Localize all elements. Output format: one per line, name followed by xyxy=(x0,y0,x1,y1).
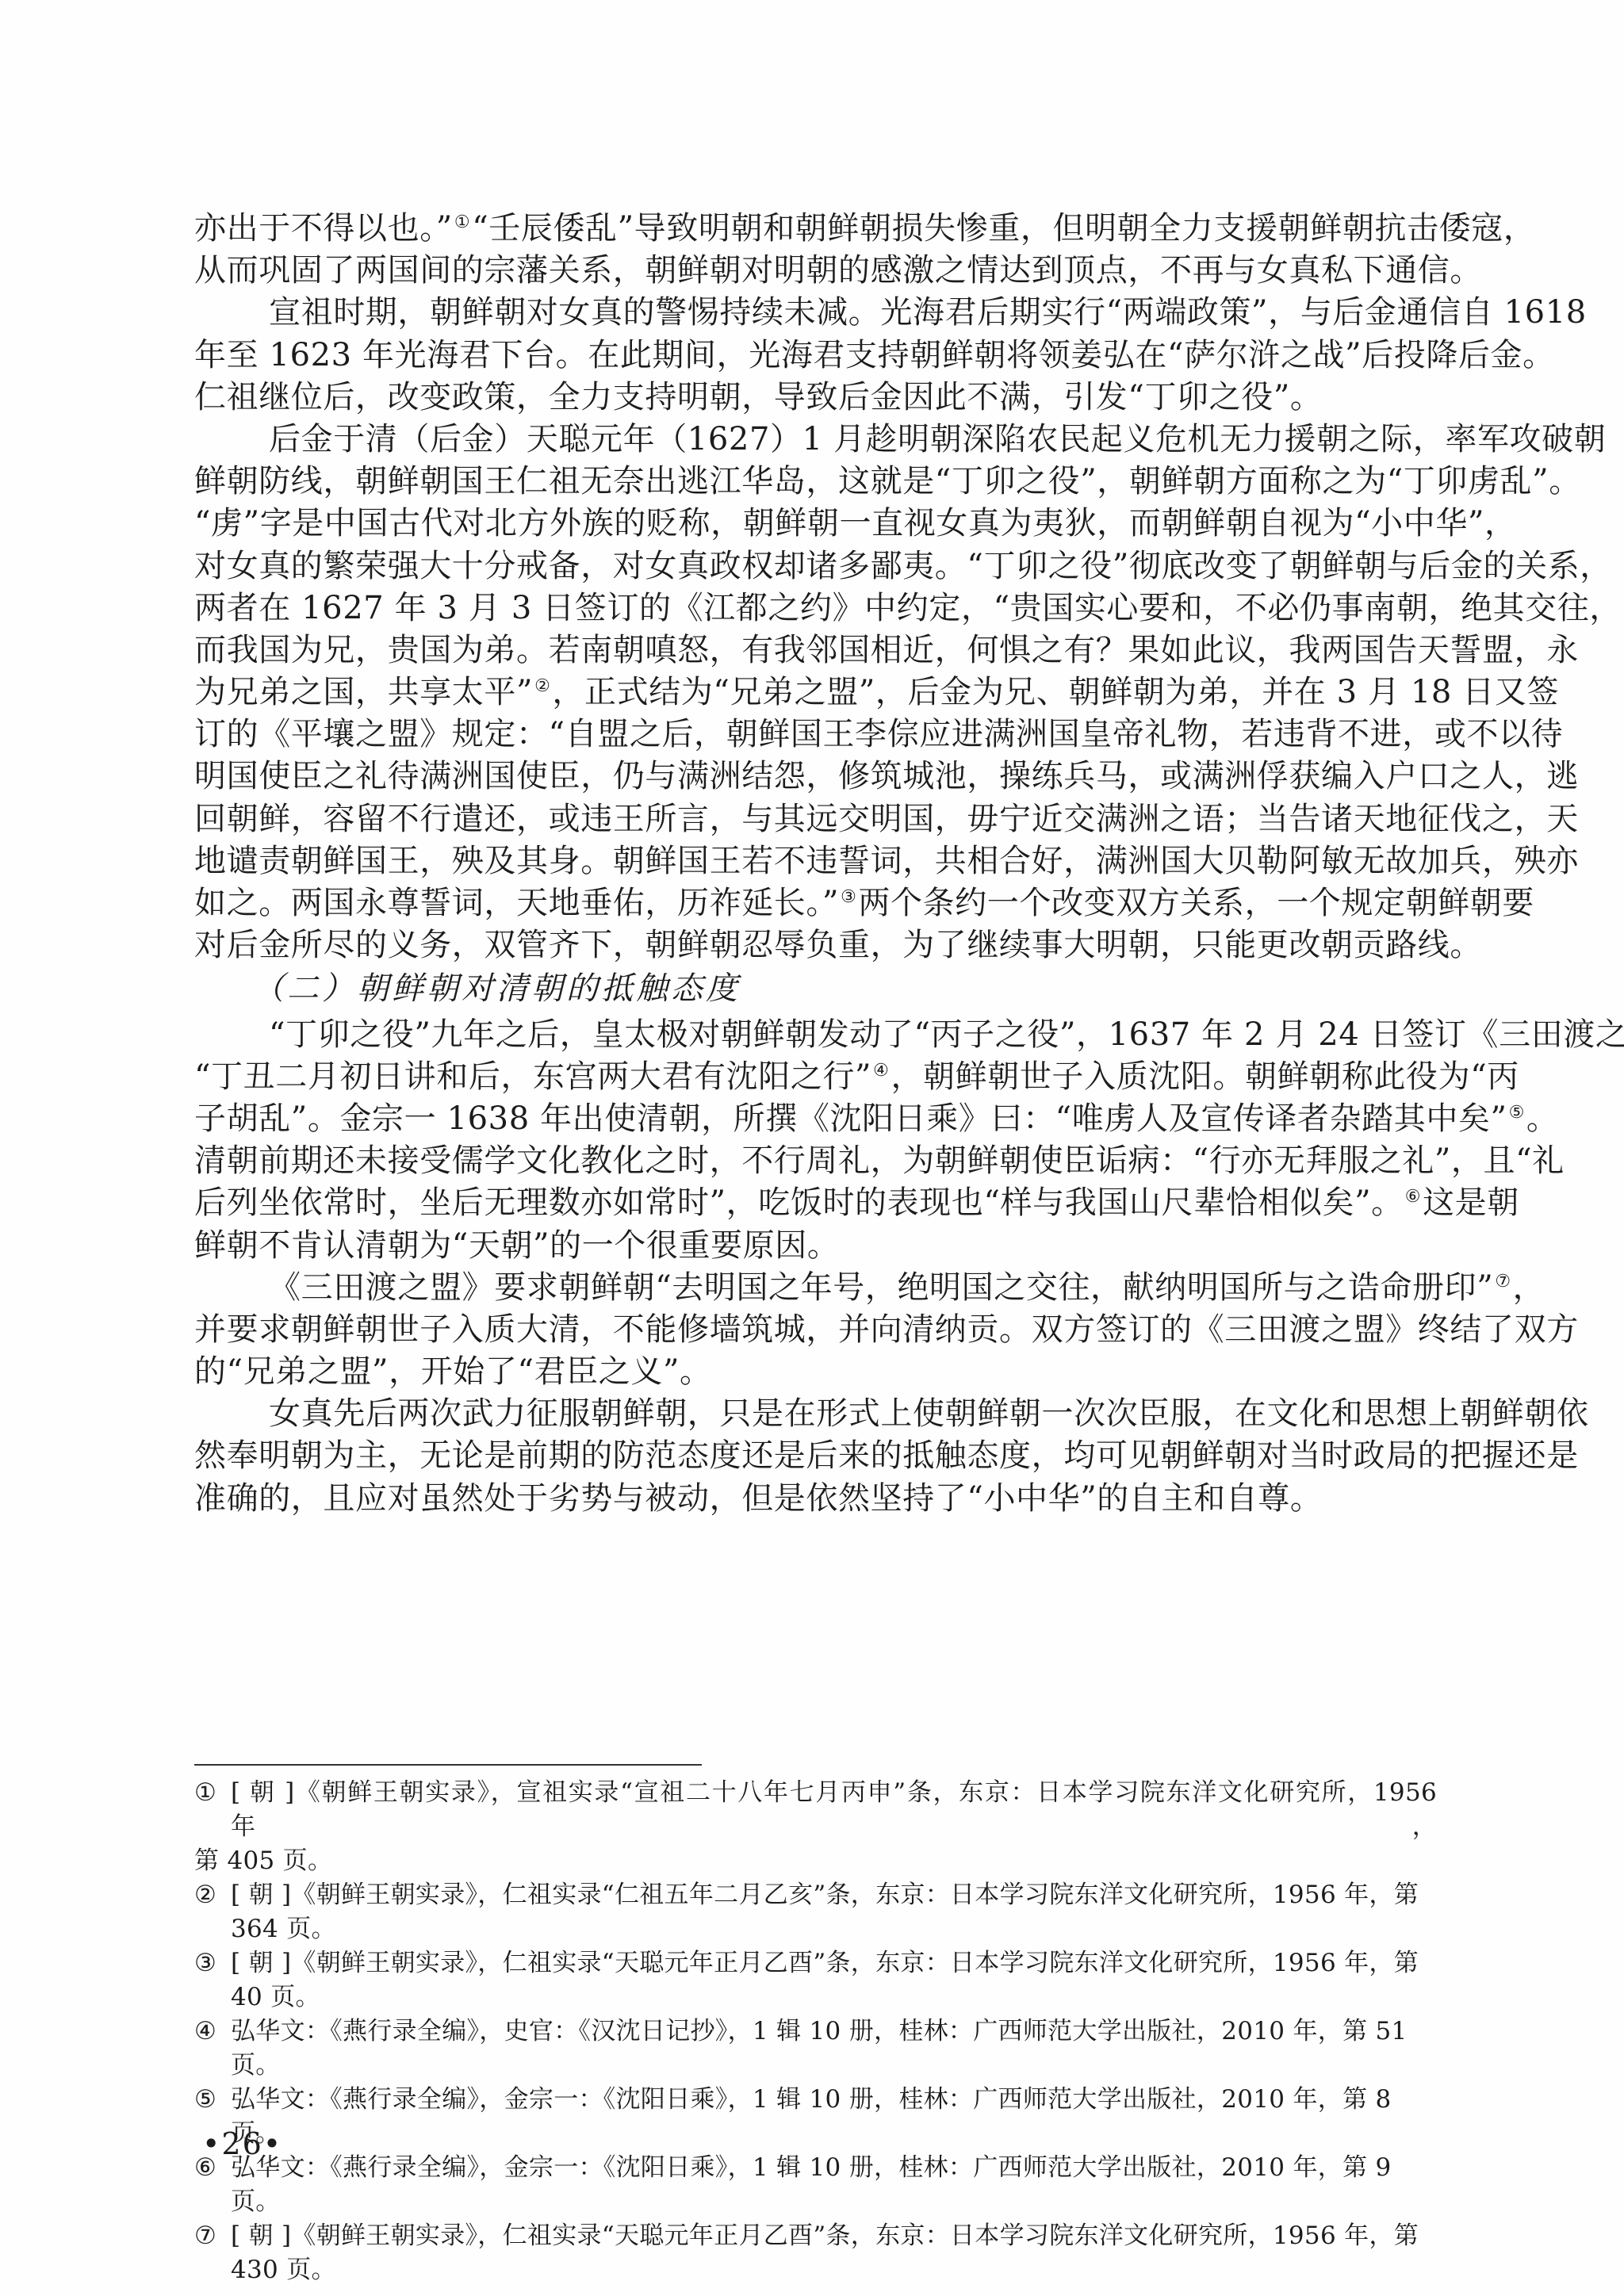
footnote-ref[interactable]: ⑤ xyxy=(1509,1103,1525,1123)
footnote-number: ② xyxy=(194,1878,231,1912)
text-line: 对后金所尽的义务，双管齐下，朝鲜朝忍辱负重，为了继续事大明朝，只能更改朝贡路线。 xyxy=(194,924,1437,966)
footnote-item: ②[ 朝 ]《朝鲜王朝实录》，仁祖实录“仁祖五年二月乙亥”条，东京：日本学习院东… xyxy=(194,1878,1437,1946)
paragraphs-section-2: “丁卯之役”九年之后，皇太极对朝鲜朝发动了“丙子之役”，1637 年 2 月 2… xyxy=(194,1014,1437,1520)
footnotes: ①[ 朝 ]《朝鲜王朝实录》，宣祖实录“宣祖二十八年七月丙申”条，东京：日本学习… xyxy=(194,1776,1437,2287)
paragraphs-section-1: 亦出于不得以也。”①“壬辰倭乱”导致明朝和朝鲜朝损失惨重，但明朝全力支援朝鲜朝抗… xyxy=(194,208,1437,966)
footnote-item: ⑤弘华文：《燕行录全编》，金宗一：《沈阳日乘》，1 辑 10 册，桂林：广西师范… xyxy=(194,2083,1437,2151)
footnote-number: ⑤ xyxy=(194,2083,231,2117)
page-number: •26• xyxy=(202,2126,282,2161)
footnote-text-continued: 第 405 页。 xyxy=(194,1844,1437,1878)
footnote-text: 弘华文：《燕行录全编》，金宗一：《沈阳日乘》，1 辑 10 册，桂林：广西师范大… xyxy=(231,2083,1437,2151)
text-line: 女真先后两次武力征服朝鲜朝，只是在形式上使朝鲜朝一次次臣服，在文化和思想上朝鲜朝… xyxy=(194,1393,1437,1435)
footnote-number: ① xyxy=(194,1776,231,1810)
footnote-text: [ 朝 ]《朝鲜王朝实录》，仁祖实录“仁祖五年二月乙亥”条，东京：日本学习院东洋… xyxy=(231,1878,1437,1946)
section-heading: （二）朝鲜朝对清朝的抵触态度 xyxy=(194,968,1437,1010)
text-line: “丁丑二月初日讲和后，东宫两大君有沈阳之行”④，朝鲜朝世子入质沈阳。朝鲜朝称此役… xyxy=(194,1056,1437,1098)
footnote-divider xyxy=(194,1764,702,1766)
text-line: 对女真的繁荣强大十分戒备，对女真政权却诸多鄙夷。“丁卯之役”彻底改变了朝鲜朝与后… xyxy=(194,545,1437,587)
footnote-item: ⑦[ 朝 ]《朝鲜王朝实录》，仁祖实录“天聪元年正月乙酉”条，东京：日本学习院东… xyxy=(194,2219,1437,2287)
body-text: 亦出于不得以也。”①“壬辰倭乱”导致明朝和朝鲜朝损失惨重，但明朝全力支援朝鲜朝抗… xyxy=(194,208,1437,1520)
text-line: 年至 1623 年光海君下台。在此期间，光海君支持朝鲜朝将领姜弘在“萨尔浒之战”… xyxy=(194,335,1437,377)
text-line: 从而巩固了两国间的宗藩关系，朝鲜朝对明朝的感激之情达到顶点，不再与女真私下通信。 xyxy=(194,250,1437,292)
text-line: 并要求朝鲜朝世子入质大清，不能修墙筑城，并向清纳贡。双方签订的《三田渡之盟》终结… xyxy=(194,1309,1437,1351)
footnote-item: ①[ 朝 ]《朝鲜王朝实录》，宣祖实录“宣祖二十八年七月丙申”条，东京：日本学习… xyxy=(194,1776,1437,1844)
text-line: 地谴责朝鲜国王，殃及其身。朝鲜国王若不违誓词，共相合好，满洲国大贝勒阿敏无故加兵… xyxy=(194,840,1437,882)
text-line: 后列坐依常时，坐后无理数亦如常时”，吃饭时的表现也“样与我国山尺辈恰相似矣”。⑥… xyxy=(194,1182,1437,1224)
text-line: 《三田渡之盟》要求朝鲜朝“去明国之年号，绝明国之交往，献纳明国所与之诰命册印”⑦… xyxy=(194,1267,1437,1309)
footnote-item: ⑥弘华文：《燕行录全编》，金宗一：《沈阳日乘》，1 辑 10 册，桂林：广西师范… xyxy=(194,2151,1437,2219)
text-line: 然奉明朝为主，无论是前期的防范态度还是后来的抵触态度，均可见朝鲜朝对当时政局的把… xyxy=(194,1435,1437,1477)
footnote-text: 弘华文：《燕行录全编》，金宗一：《沈阳日乘》，1 辑 10 册，桂林：广西师范大… xyxy=(231,2151,1437,2219)
text-line: 回朝鲜，容留不行遣还，或违王所言，与其远交明国，毋宁近交满洲之语；当告诸天地征伐… xyxy=(194,798,1437,840)
text-line: 准确的，且应对虽然处于劣势与被动，但是依然坚持了“小中华”的自主和自尊。 xyxy=(194,1478,1437,1520)
text-line: 为兄弟之国，共享太平”②，正式结为“兄弟之盟”，后金为兄、朝鲜朝为弟，并在 3 … xyxy=(194,672,1437,714)
footnote-text: [ 朝 ]《朝鲜王朝实录》，宣祖实录“宣祖二十八年七月丙申”条，东京：日本学习院… xyxy=(231,1776,1437,1844)
text-line: 子胡乱”。金宗一 1638 年出使清朝，所撰《沈阳日乘》曰：“唯虏人及宣传译者杂… xyxy=(194,1098,1437,1140)
text-line: 鲜朝防线，朝鲜朝国王仁祖无奈出逃江华岛，这就是“丁卯之役”，朝鲜朝方面称之为“丁… xyxy=(194,461,1437,503)
document-page: 亦出于不得以也。”①“壬辰倭乱”导致明朝和朝鲜朝损失惨重，但明朝全力支援朝鲜朝抗… xyxy=(0,0,1624,2296)
footnote-text: 弘华文：《燕行录全编》，史官：《汉沈日记抄》，1 辑 10 册，桂林：广西师范大… xyxy=(231,2015,1437,2083)
text-line: 的“兄弟之盟”，开始了“君臣之义”。 xyxy=(194,1351,1437,1393)
footnote-ref[interactable]: ⑥ xyxy=(1405,1187,1421,1207)
footnote-ref[interactable]: ④ xyxy=(873,1061,889,1081)
text-line: 明国使臣之礼待满洲国使臣，仍与满洲结怨，修筑城池，操练兵马，或满洲俘获编入户口之… xyxy=(194,756,1437,798)
text-line: “丁卯之役”九年之后，皇太极对朝鲜朝发动了“丙子之役”，1637 年 2 月 2… xyxy=(194,1014,1437,1056)
footnote-ref[interactable]: ③ xyxy=(841,887,856,907)
text-line: 而我国为兄，贵国为弟。若南朝嗔怒，有我邻国相近，何惧之有？果如此议，我两国告天誓… xyxy=(194,629,1437,672)
footnote-ref[interactable]: ⑦ xyxy=(1495,1272,1511,1291)
text-line: 如之。两国永尊誓词，天地垂佑，历祚延长。”③两个条约一个改变双方关系，一个规定朝… xyxy=(194,882,1437,924)
footnote-text: [ 朝 ]《朝鲜王朝实录》，仁祖实录“天聪元年正月乙酉”条，东京：日本学习院东洋… xyxy=(231,2219,1437,2287)
footnote-number: ④ xyxy=(194,2015,231,2049)
footnote-number: ⑦ xyxy=(194,2219,231,2253)
text-line: 清朝前期还未接受儒学文化教化之时，不行周礼，为朝鲜朝使臣诟病：“行亦无拜服之礼”… xyxy=(194,1140,1437,1182)
footnote-text: [ 朝 ]《朝鲜王朝实录》，仁祖实录“天聪元年正月乙酉”条，东京：日本学习院东洋… xyxy=(231,1946,1437,2015)
text-line: 亦出于不得以也。”①“壬辰倭乱”导致明朝和朝鲜朝损失惨重，但明朝全力支援朝鲜朝抗… xyxy=(194,208,1437,250)
text-line: 两者在 1627 年 3 月 3 日签订的《江都之约》中约定，“贵国实心要和，不… xyxy=(194,587,1437,629)
footnote-item: ④弘华文：《燕行录全编》，史官：《汉沈日记抄》，1 辑 10 册，桂林：广西师范… xyxy=(194,2015,1437,2083)
footnote-ref[interactable]: ② xyxy=(534,676,550,696)
text-line: 鲜朝不肯认清朝为“天朝”的一个很重要原因。 xyxy=(194,1225,1437,1267)
footnote-number: ③ xyxy=(194,1946,231,1980)
footnote-ref[interactable]: ① xyxy=(454,212,470,232)
text-line: “虏”字是中国古代对北方外族的贬称，朝鲜朝一直视女真为夷狄，而朝鲜朝自视为“小中… xyxy=(194,503,1437,545)
text-line: 仁祖继位后，改变政策，全力支持明朝，导致后金因此不满，引发“丁卯之役”。 xyxy=(194,377,1437,419)
text-line: 后金于清（后金）天聪元年（1627）1 月趁明朝深陷农民起义危机无力援朝之际，率… xyxy=(194,419,1437,461)
footnote-item: 第 405 页。 xyxy=(194,1844,1437,1878)
text-line: 宣祖时期，朝鲜朝对女真的警惕持续未减。光海君后期实行“两端政策”，与后金通信自 … xyxy=(194,292,1437,334)
text-line: 订的《平壤之盟》规定：“自盟之后，朝鲜国王李倧应进满洲国皇帝礼物，若违背不进，或… xyxy=(194,714,1437,756)
footnote-item: ③[ 朝 ]《朝鲜王朝实录》，仁祖实录“天聪元年正月乙酉”条，东京：日本学习院东… xyxy=(194,1946,1437,2015)
